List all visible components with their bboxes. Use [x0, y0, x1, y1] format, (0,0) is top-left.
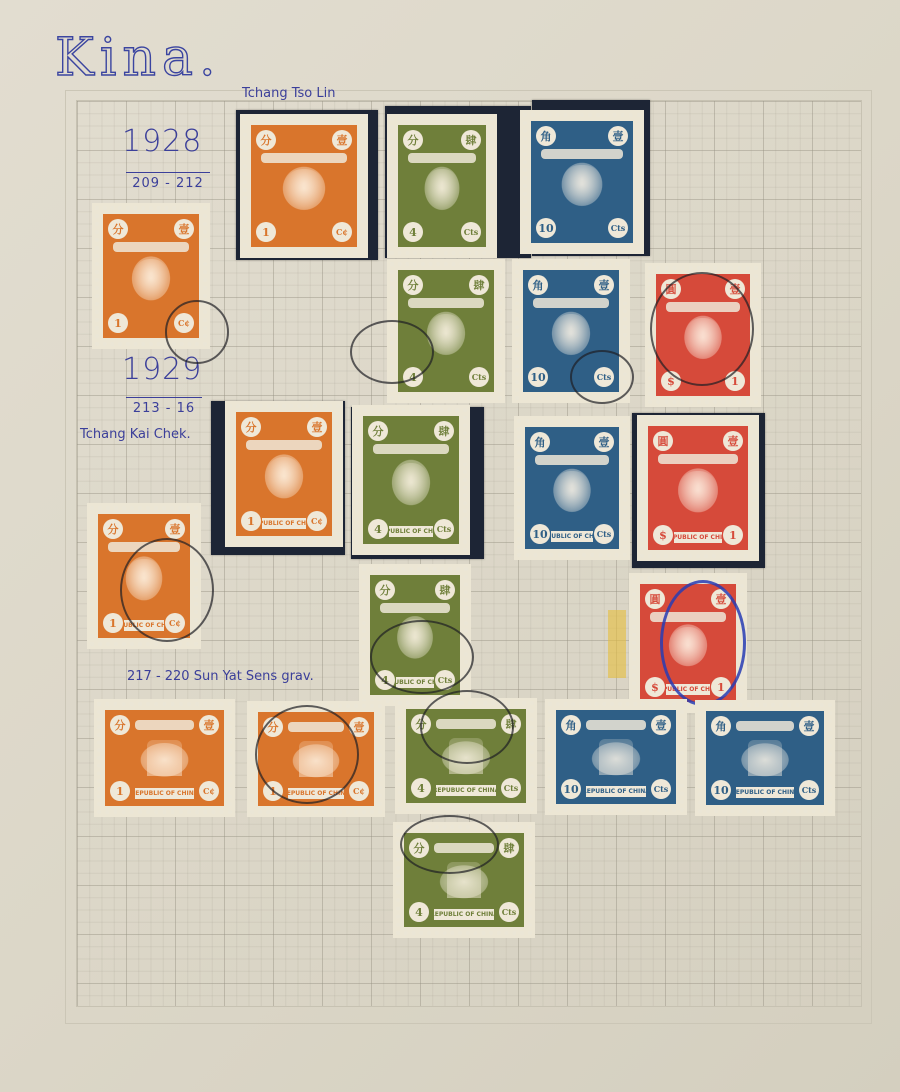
stamp-banner — [434, 843, 494, 853]
stamp-legend: REPUBLIC OF CHINA — [124, 620, 164, 631]
stamp-banner — [113, 242, 189, 252]
corner-character: 壹 — [349, 717, 369, 737]
denomination-value: 10 — [561, 779, 581, 799]
denomination-unit: C¢ — [174, 313, 194, 333]
corner-character: 分 — [375, 580, 395, 600]
mausoleum-vignette — [147, 740, 182, 777]
subject-sun-yat-sen: 217 - 220 Sun Yat Sens grav. — [127, 669, 314, 684]
denomination-value: 4 — [403, 222, 423, 242]
denomination-unit: Cts — [435, 670, 455, 690]
stamp-legend: REPUBLIC OF CHINA — [135, 788, 194, 799]
corner-character: 分 — [411, 714, 431, 734]
denomination-value: 4 — [409, 902, 429, 922]
stamp-design: 分 壹 1 C¢ REPUBLIC OF CHINA — [98, 514, 190, 638]
denomination-value: 1 — [256, 222, 276, 242]
stamp-design: 分 肆 4 Cts — [398, 125, 486, 247]
corner-character: 肆 — [499, 838, 519, 858]
stamp-banner — [373, 444, 449, 454]
corner-character: 分 — [409, 838, 429, 858]
corner-character: 分 — [403, 275, 423, 295]
corner-character: 角 — [536, 126, 556, 146]
denomination-value: $ — [661, 371, 681, 391]
corner-character: 肆 — [461, 130, 481, 150]
denomination-unit: C¢ — [307, 511, 327, 531]
stamp-legend: REPUBLIC OF CHINA — [551, 531, 593, 542]
stamp-legend: REPUBLIC OF CHINA — [666, 684, 710, 695]
country-heading: Kina. — [55, 28, 222, 88]
denomination-value: 10 — [711, 780, 731, 800]
corner-character: 分 — [263, 717, 283, 737]
corner-character: 分 — [368, 421, 388, 441]
denomination-unit: Cts — [608, 218, 628, 238]
stamp-banner — [586, 720, 646, 730]
stamp-sun-yat-sen-10-blue: 角 壹 10 Cts REPUBLIC OF CHINA — [698, 703, 832, 813]
mausoleum-vignette — [449, 738, 484, 774]
catalog-range-1928: 209 - 212 — [126, 172, 210, 191]
stamp-design: 角 壹 10 Cts REPUBLIC OF CHINA — [525, 427, 619, 549]
stamp-banner — [666, 302, 740, 312]
corner-character: 肆 — [501, 714, 521, 734]
stamp-banner — [246, 440, 322, 450]
stamp-design: 分 壹 1 C¢ — [251, 125, 357, 247]
corner-character: 圓 — [653, 431, 673, 451]
corner-character: 壹 — [199, 715, 219, 735]
portrait-vignette — [266, 457, 303, 498]
portrait-vignette — [428, 314, 465, 354]
stamp-design: 圓 壹 $ 1 REPUBLIC OF CHINA — [640, 584, 736, 702]
stamp-banner — [380, 603, 450, 613]
stamp-sun-yat-sen-4-olive: 分 肆 4 Cts REPUBLIC OF CHINA — [396, 825, 532, 935]
denomination-unit: Cts — [461, 222, 481, 242]
corner-character: 角 — [530, 432, 550, 452]
denomination-unit: C¢ — [199, 781, 219, 801]
denomination-value: 10 — [528, 367, 548, 387]
stamp-kai-chek-10-blue: 角 壹 10 Cts REPUBLIC OF CHINA — [517, 419, 627, 557]
denomination-value: 4 — [375, 670, 395, 690]
stamp-banner — [535, 455, 609, 465]
corner-character: 壹 — [332, 130, 352, 150]
stamp-legend: REPUBLIC OF CHINA — [288, 788, 344, 799]
corner-character: 分 — [241, 417, 261, 437]
corner-character: 壹 — [711, 589, 731, 609]
corner-character: 壹 — [307, 417, 327, 437]
portrait-vignette — [393, 463, 430, 505]
stamp-banner — [736, 721, 794, 731]
stamp-banner — [533, 298, 609, 308]
stamp-banner — [650, 612, 726, 622]
denomination-unit: Cts — [499, 902, 519, 922]
stamp-tso-lin-1-orange: 分 壹 1 C¢ — [95, 206, 207, 346]
stamp-design: 角 壹 10 Cts REPUBLIC OF CHINA — [706, 711, 824, 805]
denomination-value: $ — [645, 677, 665, 697]
stamp-sun-yat-sen-1-orange: 分 壹 1 C¢ REPUBLIC OF CHINA — [250, 704, 382, 814]
denomination-value: 10 — [536, 218, 556, 238]
denomination-value: 1 — [110, 781, 130, 801]
corner-character: 壹 — [165, 519, 185, 539]
corner-character: 壹 — [594, 275, 614, 295]
year-1929: 1929 — [122, 352, 202, 387]
stamp-tso-lin-1-red: 圓 壹 $ 1 — [648, 266, 758, 404]
stamp-legend: REPUBLIC OF CHINA — [586, 786, 646, 797]
denomination-unit: 1 — [711, 677, 731, 697]
stamp-legend: REPUBLIC OF CHINA — [674, 532, 722, 543]
portrait-vignette — [425, 169, 459, 209]
stamp-sun-yat-sen-4-olive: 分 肆 4 Cts REPUBUC OF CHINA — [398, 701, 534, 811]
portrait-vignette — [398, 619, 432, 658]
subject-tso-lin: Tchang Tso Lin — [242, 86, 335, 101]
corner-character: 角 — [711, 716, 731, 736]
denomination-value: $ — [653, 525, 673, 545]
corner-character: 圓 — [661, 279, 681, 299]
stamp-design: 分 壹 1 C¢ — [103, 214, 199, 338]
stamp-design: 角 壹 10 Cts REPUBLIC OF CHINA — [556, 710, 676, 804]
stamp-kai-chek-4-olive: 分 肆 4 Cts REPUBLIC OF CHINA — [355, 408, 467, 552]
stamp-design: 分 壹 1 C¢ REPUBLIC OF CHINA — [258, 712, 374, 806]
denomination-unit: Cts — [594, 524, 614, 544]
portrait-vignette — [670, 627, 707, 666]
denomination-value: 4 — [411, 778, 431, 798]
denomination-unit: Cts — [501, 778, 521, 798]
denomination-unit: Cts — [434, 519, 454, 539]
stamp-tso-lin-4-olive: 分 肆 4 Cts — [390, 117, 494, 255]
denomination-value: 4 — [368, 519, 388, 539]
denomination-value: 10 — [530, 524, 550, 544]
stamp-legend: REPUBLIC OF CHINA — [389, 526, 433, 537]
stamp-design: 分 肆 4 Cts REPUBLIC OF CHINA — [370, 575, 460, 695]
portrait-vignette — [133, 259, 170, 300]
stamp-tso-lin-10-blue: 角 壹 10 Cts — [515, 262, 627, 400]
denomination-unit: C¢ — [349, 781, 369, 801]
corner-character: 壹 — [594, 432, 614, 452]
corner-character: 角 — [561, 715, 581, 735]
stamp-legend: REPUBLIC OF CHINA — [262, 518, 306, 529]
stamp-kai-chek-1-red: 圓 壹 $ 1 REPUBLIC OF CHINA — [640, 418, 756, 558]
denomination-value: 1 — [103, 613, 123, 633]
corner-character: 壹 — [651, 715, 671, 735]
stamp-banner — [108, 542, 180, 552]
stamp-design: 分 壹 1 C¢ REPUBLIC OF CHINA — [105, 710, 224, 806]
stamp-design: 角 壹 10 Cts — [523, 270, 619, 392]
hinge-remnant — [608, 610, 626, 678]
denomination-unit: Cts — [594, 367, 614, 387]
portrait-vignette — [685, 318, 721, 358]
stamp-design: 分 肆 4 Cts REPUBLIC OF CHINA — [404, 833, 524, 927]
stamp-banner — [436, 719, 496, 729]
denomination-value: 1 — [241, 511, 261, 531]
stamp-banner — [408, 153, 476, 163]
stamp-design: 分 肆 4 Cts REPUBUC OF CHINA — [406, 709, 526, 803]
stamp-tso-lin-4-olive: 分 肆 4 Cts — [390, 262, 502, 400]
denomination-unit: C¢ — [332, 222, 352, 242]
denomination-unit: Cts — [799, 780, 819, 800]
stamp-legend: REPUBLIC OF CHINA — [396, 677, 434, 688]
portrait-vignette — [553, 314, 590, 354]
corner-character: 分 — [110, 715, 130, 735]
portrait-vignette — [679, 471, 717, 512]
stamp-kai-chek-1-red: 圓 壹 $ 1 REPUBLIC OF CHINA — [632, 576, 744, 710]
corner-character: 壹 — [723, 431, 743, 451]
catalog-range-1929: 213 - 16 — [126, 397, 202, 416]
mausoleum-vignette — [748, 740, 782, 776]
stamp-banner — [541, 149, 623, 159]
denomination-unit: 1 — [725, 371, 745, 391]
denomination-value: 1 — [108, 313, 128, 333]
denomination-unit: C¢ — [165, 613, 185, 633]
stamp-design: 角 壹 10 Cts — [531, 121, 633, 243]
stamp-kai-chek-1-orange: 分 壹 1 C¢ REPUBLIC OF CHINA — [90, 506, 198, 646]
corner-character: 分 — [103, 519, 123, 539]
denomination-value: 4 — [403, 367, 423, 387]
stamp-sun-yat-sen-1-orange: 分 壹 1 C¢ REPUBLIC OF CHINA — [97, 702, 232, 814]
stamp-design: 分 肆 4 Cts — [398, 270, 494, 392]
stamp-design: 分 壹 1 C¢ REPUBLIC OF CHINA — [236, 412, 332, 536]
corner-character: 壹 — [725, 279, 745, 299]
portrait-vignette — [284, 169, 325, 209]
mausoleum-vignette — [599, 739, 634, 775]
corner-character: 壹 — [799, 716, 819, 736]
mausoleum-vignette — [299, 741, 333, 777]
denomination-unit: Cts — [469, 367, 489, 387]
stamp-legend: REPUBLIC OF CHINA — [736, 787, 794, 798]
portrait-vignette — [126, 559, 161, 600]
stamp-banner — [135, 720, 194, 730]
corner-character: 壹 — [174, 219, 194, 239]
subject-kai-chek: Tchang Kai Chek. — [80, 427, 191, 442]
corner-character: 分 — [256, 130, 276, 150]
denomination-unit: 1 — [723, 525, 743, 545]
album-page: Kina. Tchang Tso Lin 1928 209 - 212 1929… — [0, 0, 900, 1092]
stamp-legend: REPUBLIC OF CHINA — [434, 909, 494, 920]
stamp-design: 圓 壹 $ 1 — [656, 274, 750, 396]
stamp-banner — [658, 454, 738, 464]
stamp-tso-lin-10-blue: 角 壹 10 Cts — [523, 113, 641, 251]
stamp-tso-lin-1-orange: 分 壹 1 C¢ — [243, 117, 365, 255]
stamp-design: 圓 壹 $ 1 REPUBLIC OF CHINA — [648, 426, 748, 550]
denomination-value: 1 — [263, 781, 283, 801]
stamp-banner — [261, 153, 347, 163]
stamp-banner — [288, 722, 344, 732]
mausoleum-vignette — [447, 862, 482, 898]
corner-character: 肆 — [435, 580, 455, 600]
portrait-vignette — [554, 471, 590, 511]
corner-character: 角 — [528, 275, 548, 295]
portrait-vignette — [562, 165, 601, 205]
denomination-unit: Cts — [651, 779, 671, 799]
stamp-sun-yat-sen-10-blue: 角 壹 10 Cts REPUBLIC OF CHINA — [548, 702, 684, 812]
corner-character: 肆 — [469, 275, 489, 295]
corner-character: 分 — [403, 130, 423, 150]
stamp-banner — [408, 298, 484, 308]
corner-character: 肆 — [434, 421, 454, 441]
year-1928: 1928 — [122, 124, 202, 159]
stamp-legend: REPUBUC OF CHINA — [436, 785, 496, 796]
corner-character: 圓 — [645, 589, 665, 609]
stamp-design: 分 肆 4 Cts REPUBLIC OF CHINA — [363, 416, 459, 544]
corner-character: 壹 — [608, 126, 628, 146]
stamp-kai-chek-4-olive: 分 肆 4 Cts REPUBLIC OF CHINA — [362, 567, 468, 703]
corner-character: 分 — [108, 219, 128, 239]
stamp-kai-chek-1-orange: 分 壹 1 C¢ REPUBLIC OF CHINA — [228, 404, 340, 544]
